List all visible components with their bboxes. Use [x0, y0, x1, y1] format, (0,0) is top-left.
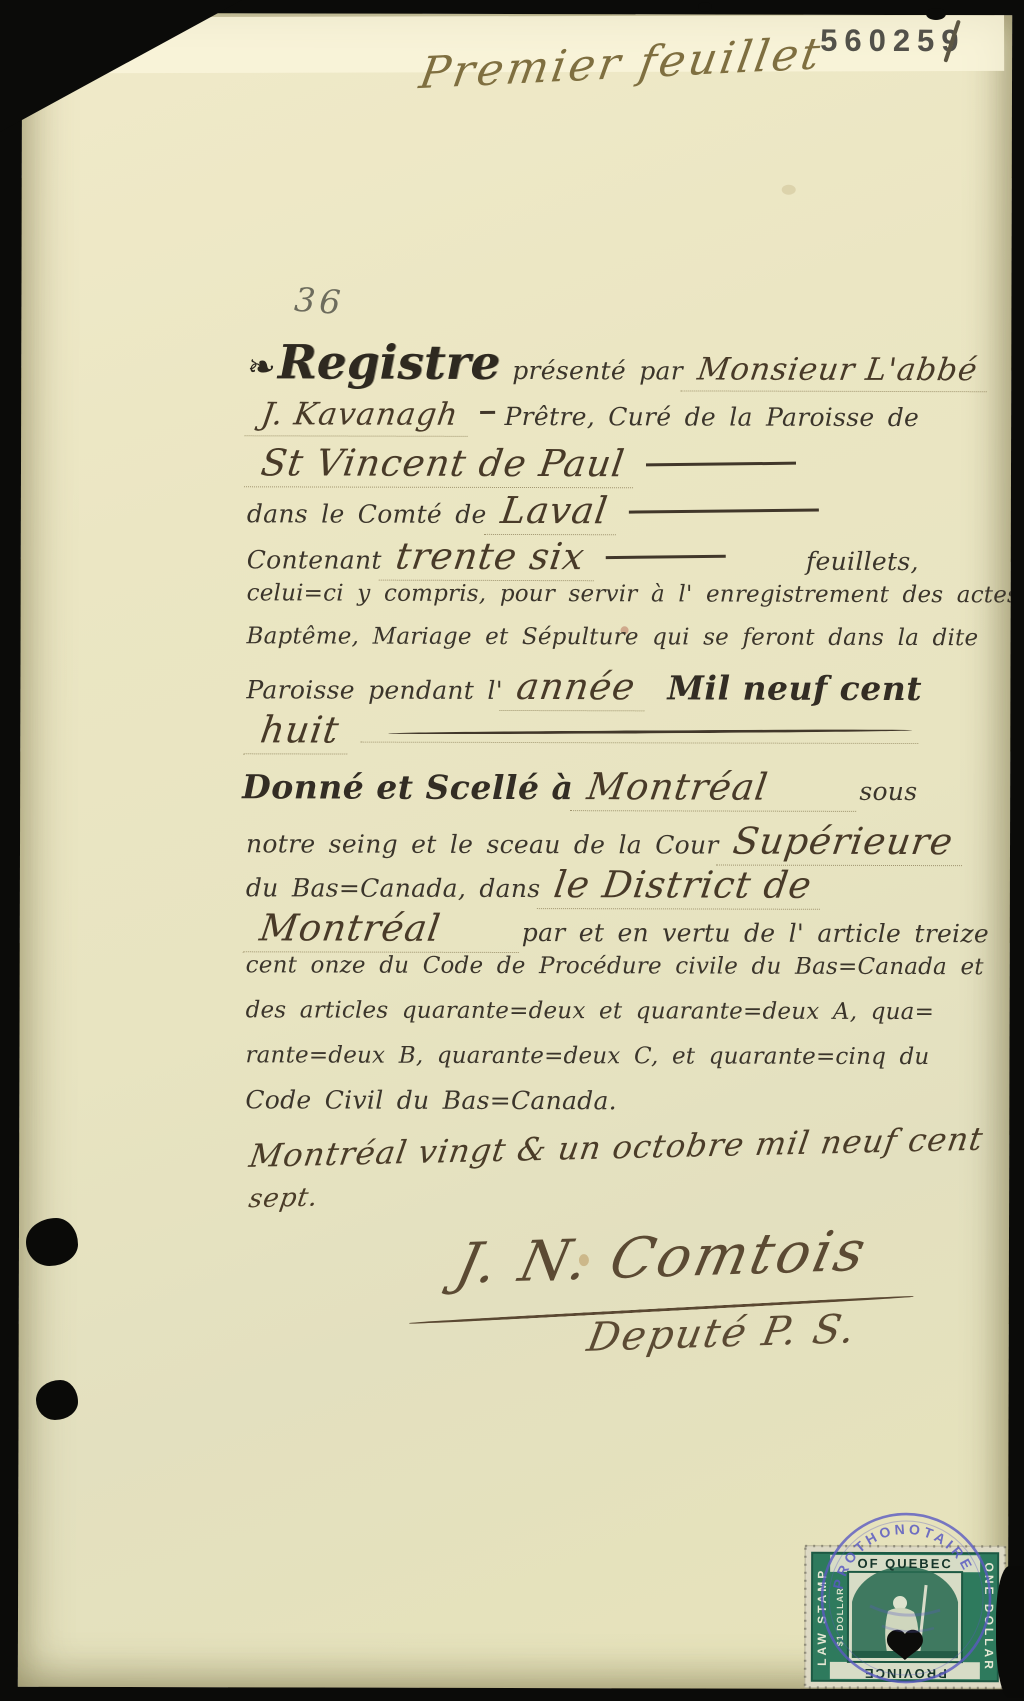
hand-parish-name: St Vincent de Paul [244, 444, 639, 488]
line-code1: cent onze du Code de Procédure civile du… [246, 954, 918, 979]
notary-seal: PROTHONOTAIRE [818, 1510, 994, 1686]
line-acts: Baptême, Mariage et Sépulture qui se fer… [247, 625, 919, 650]
printed-given-sealed: Donné et Scellé à [242, 770, 573, 804]
register-title: Registre [278, 339, 501, 387]
pen-dash [606, 555, 726, 562]
hand-court: Supérieure [716, 823, 968, 867]
line-registre: ❧ Registre présenté par Monsieur L'abbé [247, 339, 919, 392]
line-priest: J. Kavanagh Prêtre, Curé de la Paroisse … [247, 399, 919, 438]
signature-name: J. N. Comtois [450, 1219, 874, 1297]
printed-priest-line: Prêtre, Curé de la Paroisse de [505, 404, 920, 430]
scan-speck [698, 2, 712, 12]
line-sheet-count: Contenant trente six feuillets, [247, 537, 919, 582]
hand-date-line2: sept. [247, 1183, 321, 1215]
hand-place: Montréal [570, 768, 862, 812]
ornament-icon: ❧ [247, 347, 276, 387]
printed-acts: Baptême, Mariage et Sépulture qui se fer… [247, 625, 979, 650]
pen-flourish-line [361, 726, 919, 744]
scanned-register-page: { "scan": { "serial_number": "560259", "… [0, 0, 1024, 1701]
seal-outer-ring [822, 1514, 990, 1682]
printed-containing-label: Contenant [247, 547, 382, 572]
printed-code1: cent onze du Code de Procédure civile du… [246, 954, 984, 979]
printed-code4: Code Civil du Bas=Canada. [245, 1087, 617, 1113]
signature-title: Deputé P. S. [584, 1306, 861, 1361]
seal-smudge [870, 1606, 940, 1615]
register-paper-sheet: 560259 Premier feuillet 36 ❧ Registre pr… [18, 13, 1012, 1690]
line-district: du Bas=Canada, dans le District de [246, 865, 918, 910]
line-code3: rante=deux B, quarante=deux C, et quaran… [245, 1044, 917, 1069]
line-year-hand: huit [246, 711, 918, 756]
notary-seal-art: PROTHONOTAIRE [818, 1510, 994, 1686]
line-year: Paroisse pendant l' année Mil neuf cent [246, 667, 918, 712]
serial-number-stamp: 560259 [820, 23, 966, 59]
pen-dash [646, 462, 796, 470]
line-county: dans le Comté de Laval [247, 491, 919, 536]
punch-hole-top [26, 1218, 78, 1266]
printed-county-label: dans le Comté de [247, 501, 487, 527]
pen-dash [629, 508, 819, 516]
printed-sous: sous [859, 779, 917, 804]
printed-seal-line: notre seing et le sceau de la Cour [246, 831, 719, 857]
printed-presented-by: présenté par [512, 358, 683, 383]
printed-parish-during: Paroisse pendant l' [246, 677, 503, 703]
pencil-number: 36 [293, 280, 346, 323]
printed-sheets-word: feuillets, [806, 549, 919, 574]
printed-bas-canada: du Bas=Canada, dans [246, 875, 541, 901]
line-including: celui=ci y compris, pour servir à l' enr… [247, 582, 919, 607]
printed-code2: des articles quarante=deux et quarante=d… [246, 999, 935, 1024]
line-court: notre seing et le sceau de la Cour Supér… [246, 821, 918, 866]
hand-year-value: huit [243, 711, 354, 754]
line-parish: St Vincent de Paul [247, 444, 919, 489]
line-district-place: Montréal par et en vertu de l' article t… [246, 909, 918, 954]
pen-dash [480, 411, 495, 417]
paper-stain [782, 185, 796, 195]
punch-hole-bottom [36, 1380, 78, 1420]
scan-speck [926, 8, 946, 20]
hand-priest-name: J. Kavanagh [244, 399, 472, 437]
line-code4: Code Civil du Bas=Canada. [245, 1087, 917, 1114]
hand-year-word: année [500, 668, 651, 711]
line-code2: des articles quarante=deux et quarante=d… [246, 999, 918, 1024]
hand-sheet-count: trente six [379, 538, 600, 582]
torn-edge [996, 1566, 1024, 1698]
hand-presenter: Monsieur L'abbé [680, 354, 991, 392]
line-given-sealed: Donné et Scellé à Montréal sous [242, 767, 914, 812]
printed-article: par et en vertu de l' article treize [522, 920, 989, 946]
hand-district-place: Montréal [243, 909, 525, 953]
hand-district: le District de [537, 866, 826, 910]
printed-including: celui=ci y compris, pour servir à l' enr… [247, 582, 1013, 607]
hand-date-line1: Montréal vingt & un octobre mil neuf cen… [247, 1120, 986, 1175]
hand-county-name: Laval [484, 492, 623, 535]
printed-mil-neuf-cent: Mil neuf cent [667, 671, 922, 705]
seal-smudge [882, 1626, 934, 1632]
printed-code3: rante=deux B, quarante=deux C, et quaran… [245, 1044, 929, 1069]
